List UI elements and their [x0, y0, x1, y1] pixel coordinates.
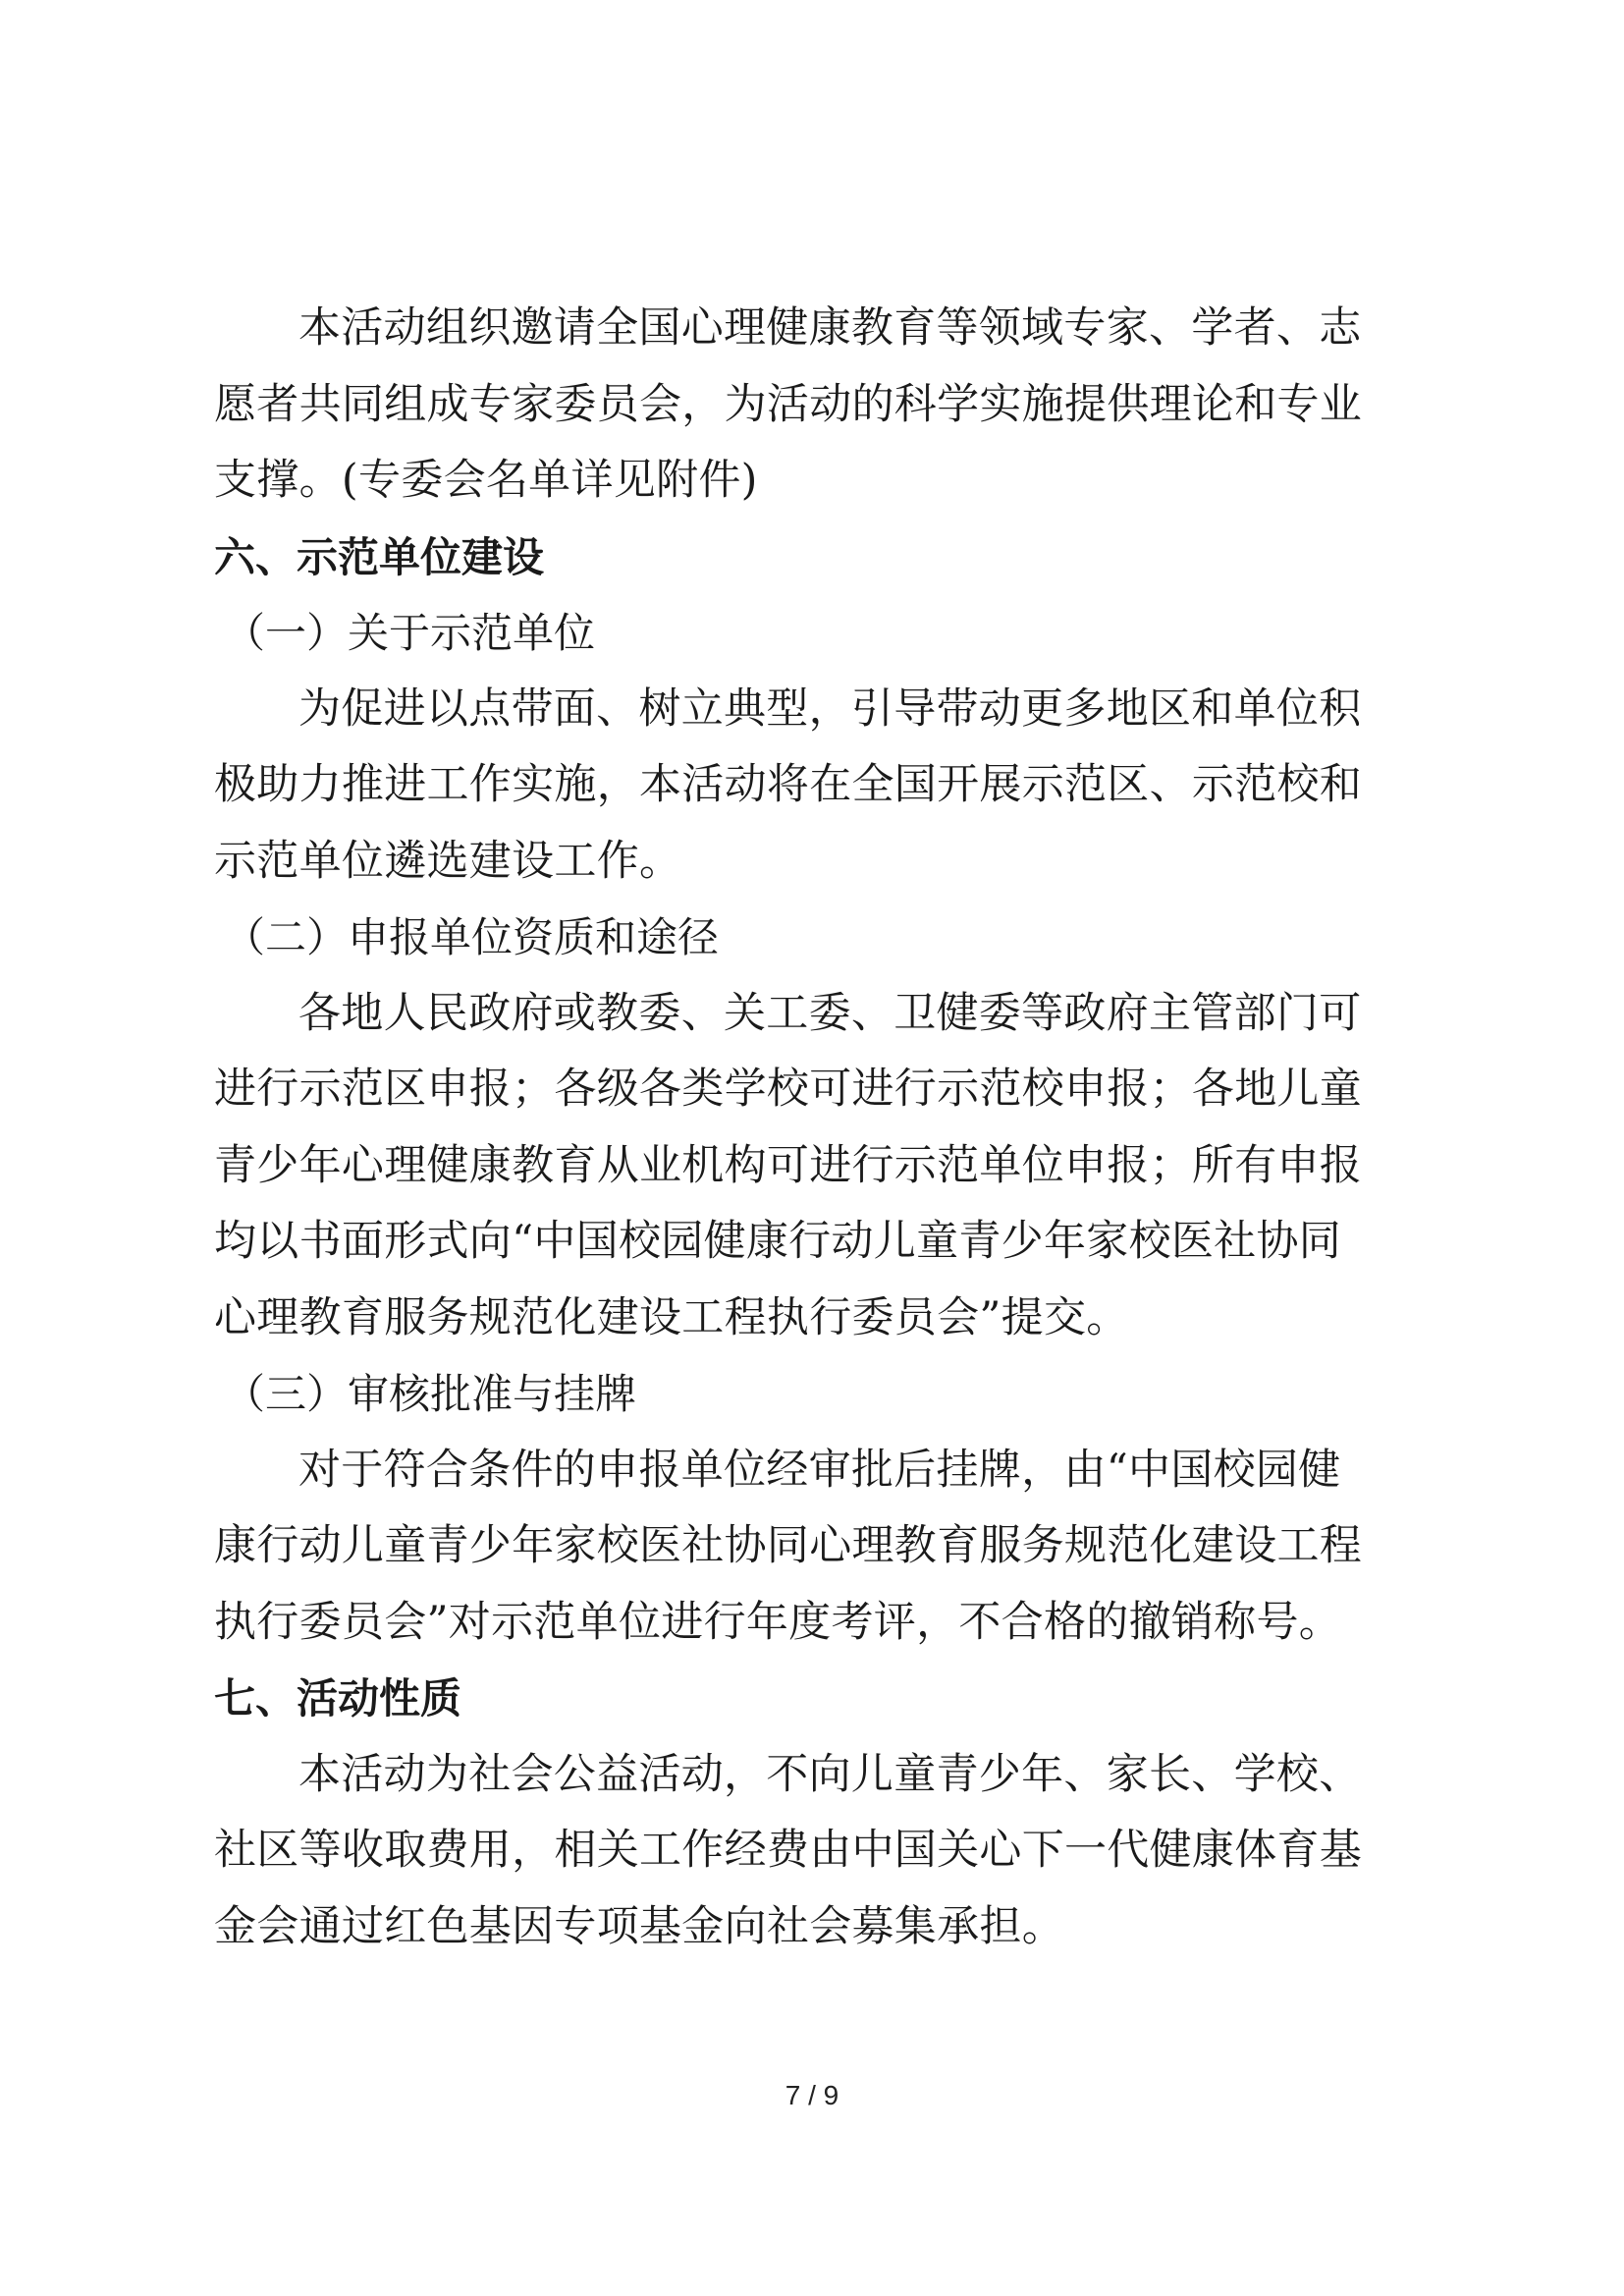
- text-line: 为促进以点带面、树立典型，引导带动更多地区和单位积: [214, 672, 1422, 748]
- paragraph-activity-nature: 本活动为社会公益活动，不向儿童青少年、家长、学校、 社区等收取费用，相关工作经费…: [214, 1737, 1422, 1966]
- text-line: 金会通过红色基因专项基金向社会募集承担。: [214, 1889, 1422, 1966]
- text-line: 康行动儿童青少年家校医社协同心理教育服务规范化建设工程: [214, 1508, 1422, 1585]
- section-heading-6: 六、示范单位建设: [214, 519, 1422, 596]
- text-line: 本活动组织邀请全国心理健康教育等领域专家、学者、志: [214, 291, 1422, 367]
- subsection-heading-6-1: （一）关于示范单位: [214, 595, 1422, 672]
- text-line: 对于符合条件的申报单位经审批后挂牌，由“中国校园健: [214, 1433, 1422, 1509]
- paragraph-approval-plaque: 对于符合条件的申报单位经审批后挂牌，由“中国校园健 康行动儿童青少年家校医社协同…: [214, 1433, 1422, 1662]
- text-line: 均以书面形式向“中国校园健康行动儿童青少年家校医社协同: [214, 1204, 1422, 1281]
- text-line: 青少年心理健康教育从业机构可进行示范单位申报；所有申报: [214, 1128, 1422, 1205]
- text-line: 示范单位遴选建设工作。: [214, 824, 1422, 901]
- text-line: 愿者共同组成专家委员会，为活动的科学实施提供理论和专业: [214, 367, 1422, 444]
- text-line: 本活动为社会公益活动，不向儿童青少年、家长、学校、: [214, 1737, 1422, 1814]
- text-line: 心理教育服务规范化建设工程执行委员会”提交。: [214, 1281, 1422, 1357]
- subsection-heading-6-2: （二）申报单位资质和途径: [214, 900, 1422, 976]
- text-line: 社区等收取费用，相关工作经费由中国关心下一代健康体育基: [214, 1813, 1422, 1889]
- text-line: 各地人民政府或教委、关工委、卫健委等政府主管部门可: [214, 976, 1422, 1053]
- subsection-heading-6-3: （三）审核批准与挂牌: [214, 1356, 1422, 1433]
- paragraph-expert-committee: 本活动组织邀请全国心理健康教育等领域专家、学者、志 愿者共同组成专家委员会，为活…: [214, 291, 1422, 519]
- document-body: 本活动组织邀请全国心理健康教育等领域专家、学者、志 愿者共同组成专家委员会，为活…: [214, 291, 1422, 1965]
- section-heading-7: 七、活动性质: [214, 1661, 1422, 1737]
- text-line: 极助力推进工作实施，本活动将在全国开展示范区、示范校和: [214, 747, 1422, 824]
- text-line: 进行示范区申报；各级各类学校可进行示范校申报；各地儿童: [214, 1052, 1422, 1128]
- text-line: 执行委员会”对示范单位进行年度考评，不合格的撤销称号。: [214, 1585, 1422, 1662]
- text-line: 支撑。(专委会名单详见附件): [214, 443, 1422, 519]
- paragraph-application-qualification: 各地人民政府或教委、关工委、卫健委等政府主管部门可 进行示范区申报；各级各类学校…: [214, 976, 1422, 1357]
- paragraph-demo-units: 为促进以点带面、树立典型，引导带动更多地区和单位积 极助力推进工作实施，本活动将…: [214, 672, 1422, 901]
- page-number: 7 / 9: [0, 2080, 1624, 2111]
